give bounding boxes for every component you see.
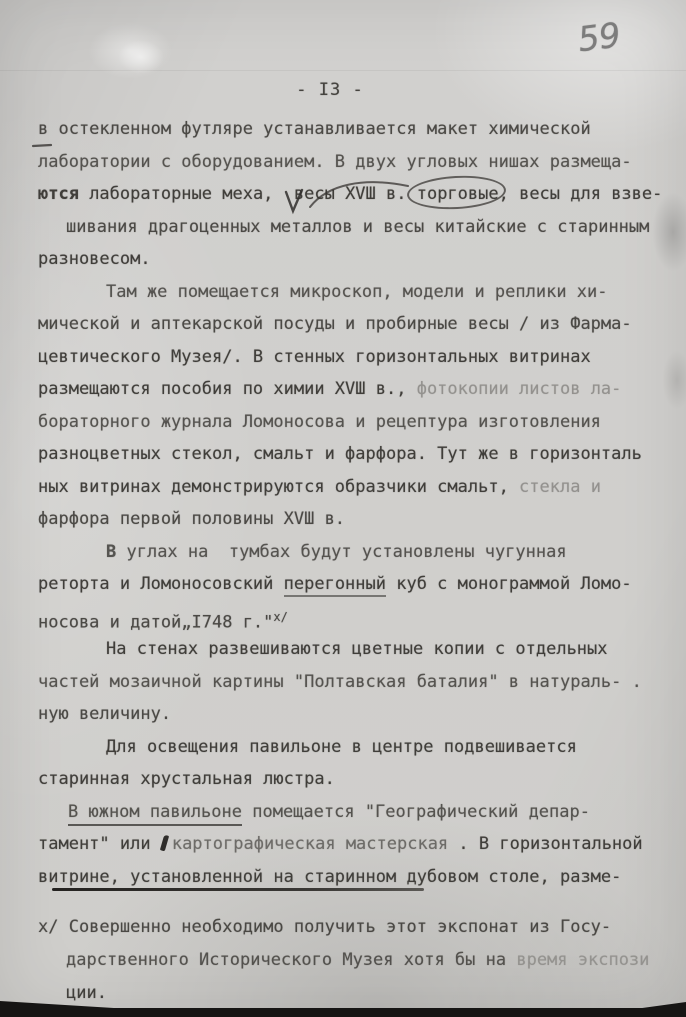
typewritten-line: в остекленном футляре устанавливается ма… [38,118,591,140]
text-segment: углах на тумбах будут установлены чугунн… [116,542,566,562]
typewritten-line: ных витринах демонстрируются образчики с… [38,476,601,498]
text-segment: лабораторные меха, [79,184,294,204]
text-segment: разноцветных стекол, смальт и фарфора. Т… [38,444,642,464]
typewritten-line: фарфора первой половины ХVШ в. [38,508,345,530]
text-segment: витрине, установленной на старинном дубо… [38,867,621,887]
text-segment: тамент" или [38,834,161,854]
paper-crease [0,70,686,71]
typewritten-line: бораторного журнала Ломоносова и рецепту… [38,411,601,433]
typewritten-line: лаборатории с оборудованием. В двух угло… [38,151,632,173]
text-segment: фотокопии листов ла- [417,379,622,399]
typewritten-line: ную величину. [38,703,171,725]
text-segment: перегонный [284,574,386,597]
footnote-divider [52,888,424,891]
typewritten-line: Там же помещается микроскоп, модели и ре… [38,281,608,303]
text-segment: старинная хрустальная люстра. [38,769,335,789]
text-segment: картографическая мастерская [172,834,448,854]
text-segment: куб с монограммой Ломо- [386,574,632,594]
footnote-line: ции. [38,982,107,1004]
typewritten-line: цевтического Музея/. В стенных горизонта… [38,346,591,368]
insertion-mark [160,835,169,852]
page-number: - I3 - [0,80,660,100]
text-segment: шивания драгоценных металлов и весы кита… [66,217,649,237]
typewritten-line: На стенах развешиваются цветные копии с … [38,638,608,660]
text-segment: время экспози [516,950,649,970]
text-segment: носова и датой„I748 г." [38,612,273,632]
text-segment: В южном павильоне [68,802,242,826]
typewritten-line: тамент" или картографическая мастерская … [38,833,643,855]
typewritten-line: разноцветных стекол, смальт и фарфора. Т… [38,443,642,465]
text-segment: фарфора первой половины ХVШ в. [38,509,345,529]
text-segment: стекла и [519,477,601,497]
text-segment: разновесом. [38,249,151,269]
text-segment: мической и аптекарской посуды и пробирны… [38,314,632,334]
text-segment: размещаются пособия по химии ХVШ в., [38,379,417,399]
text-segment: в остекленном футляре устанавливается ма… [38,119,591,139]
typewritten-line: шивания драгоценных металлов и весы кита… [38,216,649,238]
typewritten-line: В углах на тумбах будут установлены чугу… [38,541,567,563]
text-segment: цевтического Музея/. В стенных горизонта… [38,347,591,367]
text-segment: Для освещения павильоне в центре подвеши… [106,737,577,757]
text-segment: ются [38,184,79,204]
text-segment: , весы для взве- [499,184,663,204]
scan-smudge [662,350,686,410]
typewritten-line: витрине, установленной на старинном дубо… [38,866,621,888]
text-segment: торговые [417,184,499,204]
text-segment: лаборатории с оборудованием. В двух угло… [38,152,632,172]
text-segment: Там же помещается микроскоп, модели и ре… [106,282,608,302]
text-segment: ции. [66,983,107,1003]
text-segment: реторта и Ломоносовский [38,574,284,594]
typewritten-line: частей мозаичной картины "Полтавская бат… [38,671,642,693]
text-segment: . В горизонтальной [448,834,642,854]
text-segment: ных витринах демонстрируются образчики с… [38,477,519,497]
typewritten-line: мической и аптекарской посуды и пробирны… [38,313,632,335]
text-segment: х/ [273,610,287,624]
paper-light-spot [118,40,164,74]
typewritten-line: старинная хрустальная люстра. [38,768,335,790]
typewritten-line: носова и датой„I748 г."х/ [38,606,288,634]
footnote-line: х/ Совершенно необходимо получить этот э… [38,916,611,938]
scanned-typewritten-page: - I3 - 59 в остекленном футляре устанавл… [0,0,686,1017]
pre-line-dash [33,145,51,146]
text-segment: х/ Совершенно необходимо получить этот э… [38,917,611,937]
typewritten-line: разновесом. [38,248,151,270]
text-segment: весы ХVШ в. [294,184,417,204]
text-segment: дарственного Исторического Музея хотя бы… [66,950,516,970]
typewritten-line: Для освещения павильоне в центре подвеши… [38,736,577,758]
text-segment: частей мозаичной картины "Полтавская бат… [38,672,642,692]
typewritten-line: реторта и Ломоносовский перегонный куб с… [38,573,632,595]
handwritten-sheet-number: 59 [577,15,620,61]
text-segment: бораторного журнала Ломоносова и рецепту… [38,412,601,432]
text-segment: помещается "Географический депар- [242,802,590,822]
typewritten-line: В южном павильоне помещается "Географиче… [38,801,590,823]
text-segment: В [106,542,116,562]
typewritten-line: размещаются пособия по химии ХVШ в., фот… [38,378,621,400]
text-segment: ную величину. [38,704,171,724]
footnote-line: дарственного Исторического Музея хотя бы… [38,949,649,971]
text-segment: На стенах развешиваются цветные копии с … [106,639,608,659]
typewritten-line: ются лабораторные меха, весы ХVШ в. торг… [38,183,662,205]
